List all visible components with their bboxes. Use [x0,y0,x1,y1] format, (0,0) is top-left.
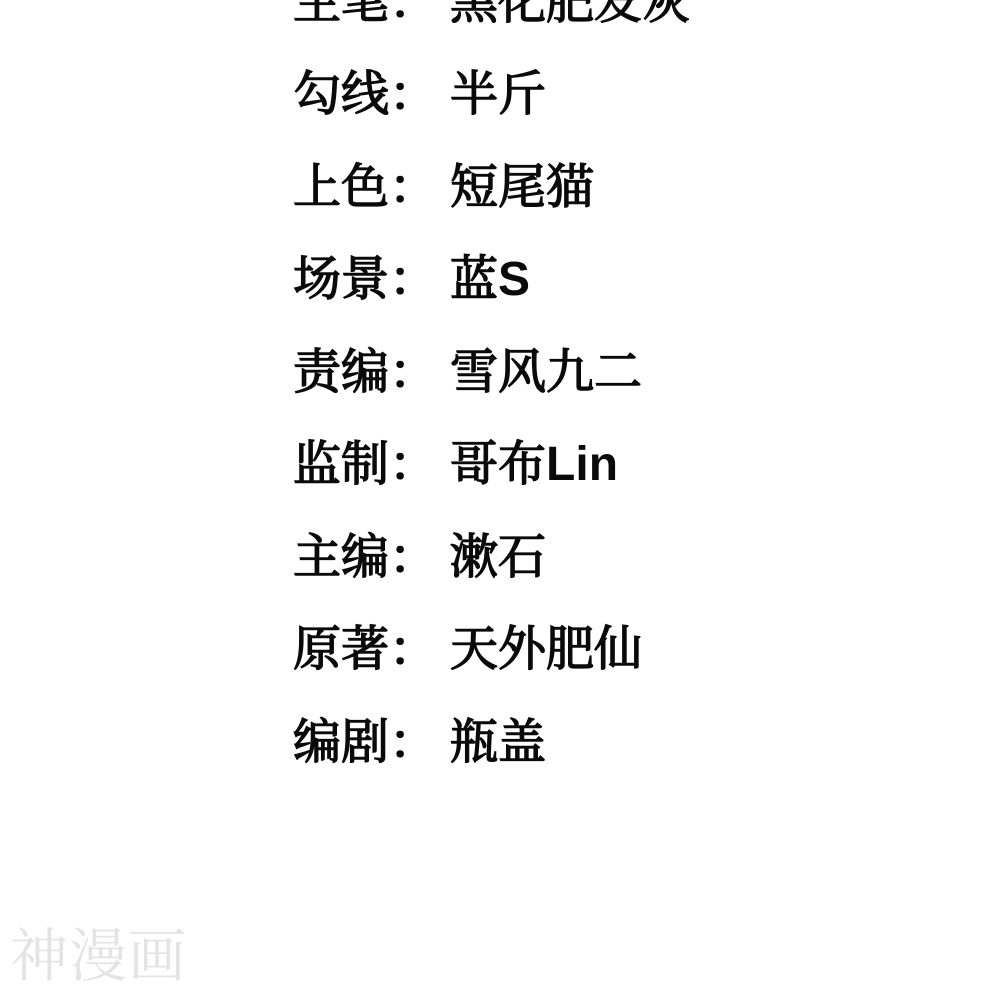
credit-separator: ： [389,240,437,309]
credit-separator: ： [389,703,437,772]
platform-watermark: 神漫画 [10,925,187,989]
credit-role: 责编 [293,333,389,402]
credit-separator: ： [389,0,437,32]
credit-role: 场景 [293,240,389,309]
credit-name: 漱石 [450,518,546,587]
credit-line-background: 场景：蓝S [0,229,1000,322]
credit-line-lead-artist: 主笔：黑化肥发灰 [0,0,1000,44]
credit-role: 原著 [293,610,389,679]
credit-name: 短尾猫 [450,148,594,217]
credit-name: 蓝S [450,240,530,309]
credit-role: 监制 [293,425,389,494]
credit-role: 勾线 [293,55,389,124]
credits-list: 主笔：黑化肥发灰 勾线：半斤 上色：短尾猫 场景：蓝S 责编：雪风九二 监制：哥… [0,0,1000,784]
credit-line-supervisor: 监制：哥布Lin [0,414,1000,507]
credit-line-coloring: 上色：短尾猫 [0,136,1000,229]
credit-name: 雪风九二 [450,333,642,402]
credit-name: 天外肥仙 [450,610,642,679]
credit-separator: ： [389,148,437,217]
credit-separator: ： [389,55,437,124]
credit-role: 编剧 [293,703,389,772]
credit-name: 哥布Lin [450,425,618,494]
credit-line-inking: 勾线：半斤 [0,44,1000,137]
credit-name: 半斤 [450,55,546,124]
credit-line-editor: 责编：雪风九二 [0,321,1000,414]
credit-separator: ： [389,610,437,679]
credit-separator: ： [389,425,437,494]
credit-line-chief-editor: 主编：漱石 [0,506,1000,599]
credit-role: 主编 [293,518,389,587]
credit-role: 上色 [293,148,389,217]
credit-role: 主笔 [293,0,389,32]
credit-separator: ： [389,518,437,587]
credit-separator: ： [389,333,437,402]
credit-line-original-author: 原著：天外肥仙 [0,599,1000,692]
credit-line-screenwriter: 编剧：瓶盖 [0,691,1000,784]
credit-name: 瓶盖 [450,703,546,772]
credit-name: 黑化肥发灰 [450,0,690,32]
